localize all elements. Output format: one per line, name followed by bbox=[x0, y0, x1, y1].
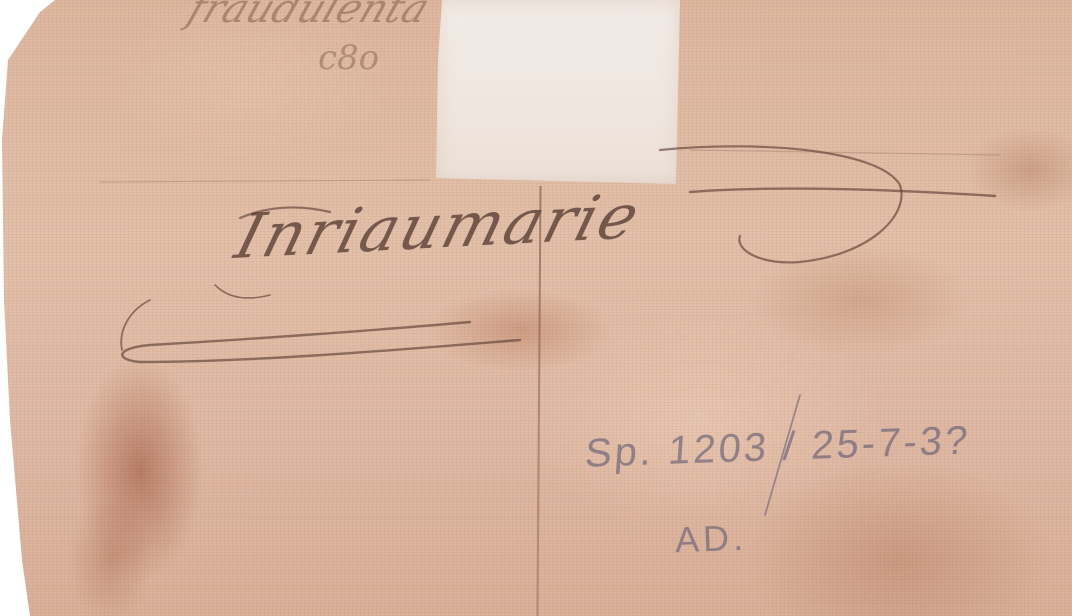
archive-initials: AD. bbox=[674, 517, 747, 561]
signature-flourish bbox=[0, 0, 1072, 616]
